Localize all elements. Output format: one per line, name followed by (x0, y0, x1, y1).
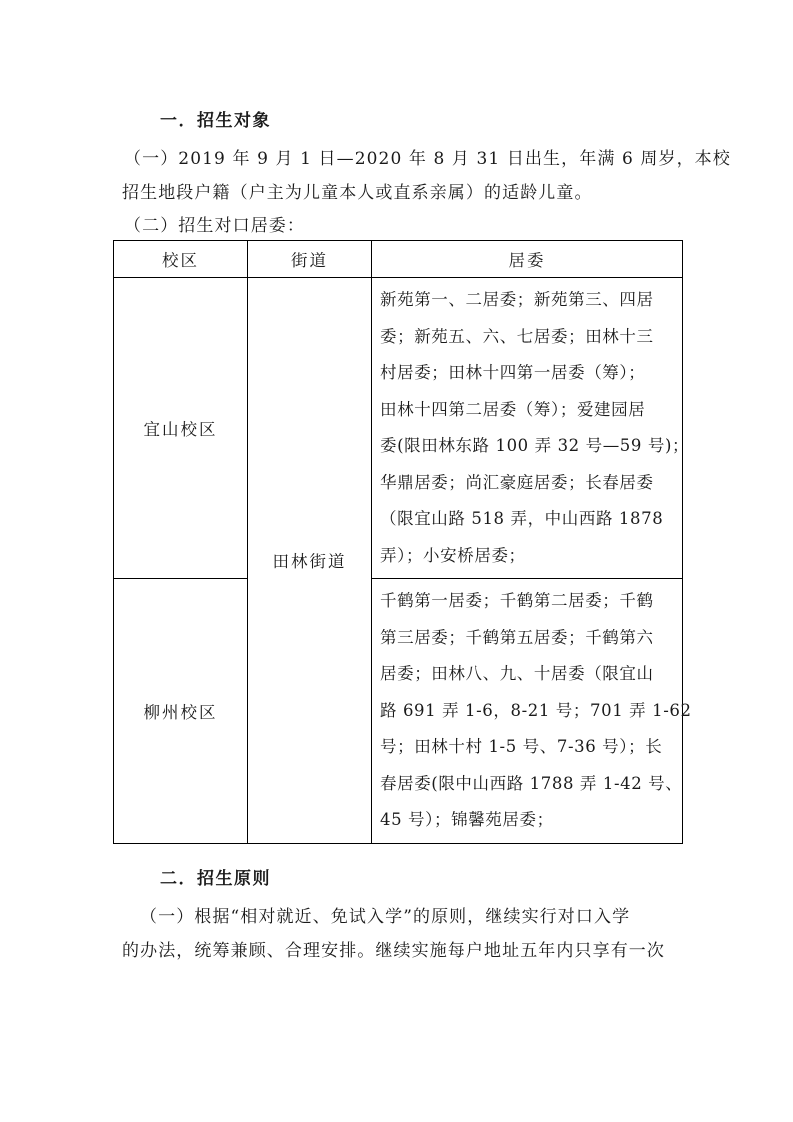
section2-item1-line1: （一）根据“相对就近、免试入学”的原则，继续实行对口入学 (140, 907, 705, 927)
committee-cell: 新苑第一、二居委；新苑第三、四居 委；新苑五、六、七居委；田林十三 村居委；田林… (372, 278, 683, 579)
committee-line: 号；田林十村 1-5 号、7-36 号）；长 (380, 729, 674, 766)
committee-line: 新苑第一、二居委；新苑第三、四居 (380, 282, 674, 319)
section2-heading: 二．招生原则 (160, 869, 725, 889)
header-street: 街道 (248, 241, 372, 278)
campus-cell: 宜山校区 (114, 278, 248, 579)
committee-line: 第三居委；千鹤第五居委；千鹤第六 (380, 620, 674, 657)
header-committee: 居委 (372, 241, 683, 278)
header-campus: 校区 (114, 241, 248, 278)
committee-line: 路 691 弄 1-6，8-21 号；701 弄 1-62 (380, 693, 674, 730)
committee-line: 委(限田林东路 100 弄 32 号—59 号)； (380, 428, 674, 465)
committee-line: 千鹤第一居委；千鹤第二居委；千鹤 (380, 583, 674, 620)
committee-line: 田林十四第二居委（筹）；爱建园居 (380, 392, 674, 429)
campus-cell: 柳州校区 (114, 579, 248, 844)
table-row: 柳州校区 千鹤第一居委；千鹤第二居委；千鹤 第三居委；千鹤第五居委；千鹤第六 居… (114, 579, 683, 844)
committee-cell: 千鹤第一居委；千鹤第二居委；千鹤 第三居委；千鹤第五居委；千鹤第六 居委；田林八… (372, 579, 683, 844)
committee-line: 居委；田林八、九、十居委（限宜山 (380, 656, 674, 693)
committee-line: 村居委；田林十四第一居委（筹）； (380, 355, 674, 392)
table-header-row: 校区 街道 居委 (114, 241, 683, 278)
committee-line: 委；新苑五、六、七居委；田林十三 (380, 319, 674, 356)
section1-heading: 一．招生对象 (160, 111, 725, 131)
committee-line: （限宜山路 518 弄，中山西路 1878 (380, 501, 674, 538)
section1-item1-line1: （一）2019 年 9 月 1 日—2020 年 8 月 31 日出生，年满 6… (124, 149, 689, 169)
table-row: 宜山校区 田林街道 新苑第一、二居委；新苑第三、四居 委；新苑五、六、七居委；田… (114, 278, 683, 579)
section1-item1-line2: 招生地段户籍（户主为儿童本人或直系亲属）的适龄儿童。 (122, 183, 687, 203)
street-cell: 田林街道 (248, 278, 372, 844)
enrollment-table: 校区 街道 居委 宜山校区 田林街道 新苑第一、二居委；新苑第三、四居 委；新苑… (113, 240, 683, 844)
section2-item1-line2: 的办法，统筹兼顾、合理安排。继续实施每户地址五年内只享有一次 (122, 941, 687, 961)
section1-item2: （二）招生对口居委： (124, 216, 689, 236)
committee-line: 春居委(限中山西路 1788 弄 1-42 号、 (380, 766, 674, 803)
committee-line: 华鼎居委；尚汇豪庭居委；长春居委 (380, 465, 674, 502)
committee-line: 45 号）；锦馨苑居委； (380, 802, 674, 839)
committee-line: 弄）；小安桥居委； (380, 538, 674, 575)
